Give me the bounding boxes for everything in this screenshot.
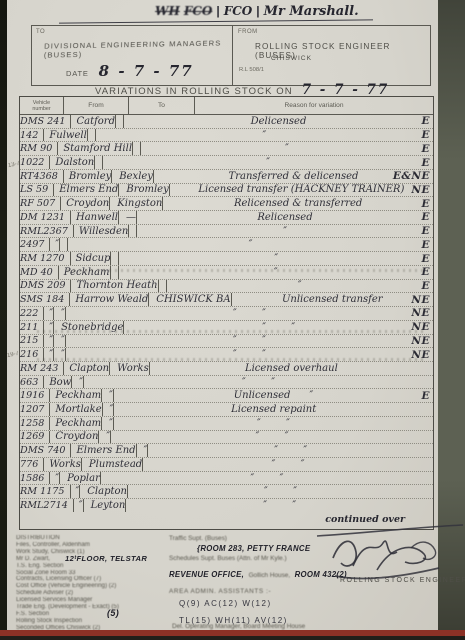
reason-text: ″ xyxy=(263,130,267,141)
from-garage: Bow xyxy=(44,376,72,389)
reason-cell: Licensed repaint xyxy=(114,403,433,416)
reason-cell: ″ E xyxy=(137,225,433,238)
to-garage: — xyxy=(119,211,137,224)
reason-cell: ″ E xyxy=(119,252,433,265)
reason-cell: Licensed transfer (HACKNEY TRAINER) NE xyxy=(170,184,433,197)
scan-edge-left xyxy=(0,0,7,640)
top-annotation: WH FCO | FCO | Mr Marshall. xyxy=(155,1,359,21)
vehicle-number: 1207 xyxy=(20,403,50,416)
vehicle-number: RF 507 xyxy=(20,197,61,210)
reason-text: ″ xyxy=(274,253,278,264)
from-garage: ″ xyxy=(50,472,60,485)
vehicle-number: MD 40 xyxy=(20,266,59,279)
from-garage: Willesden xyxy=(74,225,130,238)
vehicle-number: LS 59 xyxy=(20,184,54,197)
column-header-vehicle: Vehicle number xyxy=(20,97,64,114)
to-garage: ″ xyxy=(103,403,115,416)
vehicle-number: RM 1270 xyxy=(20,252,71,265)
table-row: 2497 ″ ″ E xyxy=(20,238,433,252)
footer-distribution-line: Schedule Adviser (2) xyxy=(16,590,166,597)
reason-cell: Licensed overhaul xyxy=(150,362,433,375)
reason-text: Relicensed & transferred xyxy=(234,198,362,209)
from-garage: ″ xyxy=(71,485,81,498)
variation-code: E xyxy=(421,143,430,155)
reason-cell: ″ ″ NE xyxy=(66,307,433,320)
annotation-name: Mr Marshall. xyxy=(264,4,359,19)
reason-text: ″ xyxy=(285,143,289,154)
variation-code: NE xyxy=(411,335,430,347)
from-garage: Catford xyxy=(71,115,116,128)
to-garage: Clapton xyxy=(80,485,128,498)
form-reference: R.L 508/1 xyxy=(239,67,264,73)
reason-cell: ″ ″ xyxy=(126,499,433,512)
vehicle-number: 1258 xyxy=(20,417,50,430)
footer-distribution-line: Social Zone Room 33 xyxy=(16,570,166,577)
table-row: 222 ″ ″ ″ ″ NE xyxy=(20,307,433,321)
to-garage: ″ xyxy=(72,376,84,389)
to-garage: ″ xyxy=(54,335,66,348)
revenue-office-printed: Gollich House, xyxy=(249,572,291,579)
vehicle-number: 1586 xyxy=(20,472,50,485)
handwritten-revenue-office: REVENUE OFFICE, xyxy=(169,570,244,579)
vehicle-number: DMS 740 xyxy=(20,444,71,457)
table-row: 1916 Peckham ″ Unlicensed ″ E xyxy=(20,389,433,403)
vehicle-number: 1269 xyxy=(20,431,50,444)
variation-code: E xyxy=(421,389,430,401)
from-garage: Mortlake xyxy=(50,403,102,416)
to-garage xyxy=(116,115,124,128)
variation-code: E xyxy=(421,129,430,141)
from-garage: ″ xyxy=(44,335,54,348)
reason-cell: ″ E xyxy=(141,142,433,155)
handwritten-room-283: {ROOM 283, PETTY FRANCE xyxy=(197,544,344,553)
vehicle-number: 142 xyxy=(20,129,44,142)
reason-text: ″ ″ xyxy=(272,459,305,470)
reason-text: Unlicensed transfer xyxy=(282,294,383,305)
footer-distribution-line: Rolling Stock Inspection xyxy=(16,618,166,625)
from-garage: Croydon xyxy=(61,197,110,210)
signature-scrawl xyxy=(325,528,445,590)
from-label: FROM xyxy=(238,29,258,35)
to-garage xyxy=(111,252,119,265)
reason-text: Delicensed xyxy=(251,116,307,127)
from-garage: Elmers End xyxy=(71,444,136,457)
variation-code: NE xyxy=(411,293,430,305)
from-garage: Croydon xyxy=(50,431,99,444)
reason-cell: Relicensed & transferred E xyxy=(163,197,433,210)
from-garage: Fulwell xyxy=(44,129,87,142)
schedules-supt-line: Schedules Supt. Buses (Attn. of Mr Kyle.… xyxy=(169,555,344,562)
table-rows: DMS 241 Catford Delicensed E 142 Fulwell… xyxy=(20,115,433,512)
table-row: RF 507 Croydon Kingston Relicensed & tra… xyxy=(20,197,433,211)
reason-cell: ″ E xyxy=(68,238,433,251)
variation-code: E xyxy=(421,115,430,127)
vehicle-number: 663 xyxy=(20,376,44,389)
table-row: RML2714 ″ Leyton ″ ″ xyxy=(20,499,433,512)
table-row: RM 90 Stamford Hill ″ E xyxy=(20,142,433,156)
reason-cell: ″ ″ NE xyxy=(66,335,433,348)
to-garage xyxy=(60,238,68,251)
table-row: 1207 Mortlake ″ Licensed repaint xyxy=(20,403,433,417)
from-garage: Thornton Heath xyxy=(71,280,158,293)
footer-bottom-line: Del. Operating Manager, Board Meeting Ho… xyxy=(172,623,305,630)
variation-code: E&NE xyxy=(393,170,430,182)
table-row: 215 ″ ″ ″ ″ NE xyxy=(20,335,433,349)
vehicle-number: 1022 xyxy=(20,156,50,169)
from-garage: Peckham xyxy=(59,266,111,279)
area-admin-title: AREA ADMIN. ASSISTANTS :- xyxy=(169,588,344,595)
reason-cell: Unlicensed transfer NE xyxy=(232,293,433,306)
table-row: DMS 241 Catford Delicensed E xyxy=(20,115,433,129)
variation-code: E xyxy=(421,225,430,237)
from-garage: Peckham xyxy=(50,389,102,402)
from-garage: Bromley xyxy=(64,170,112,183)
footer-distribution-line: Files, Controller, Aldenham xyxy=(16,542,166,549)
variation-code: E xyxy=(421,266,430,278)
reason-cell: ″ E xyxy=(119,266,433,279)
vehicle-number: 2497 xyxy=(20,238,50,251)
from-garage: Harrow Weald xyxy=(70,293,149,306)
variation-code: E xyxy=(421,197,430,209)
vehicle-number: RT4368 xyxy=(20,170,64,183)
table-row: LS 59 Elmers End Bromley Licensed transf… xyxy=(20,184,433,198)
variation-code: NE xyxy=(411,184,430,196)
scan-smudge xyxy=(37,358,427,361)
from-garage: Elmers End xyxy=(54,184,119,197)
from-garage: Clapton xyxy=(64,362,110,375)
scan-smudge xyxy=(67,269,427,272)
reason-cell: ″ ″ xyxy=(114,417,433,430)
reason-text: ″ ″ xyxy=(233,335,266,346)
from-garage: Peckham xyxy=(50,417,102,430)
reason-cell: ″ ″ xyxy=(111,431,433,444)
table-row: 776 Works Plumstead ″ ″ xyxy=(20,458,433,472)
to-garage: Poplar xyxy=(60,472,101,485)
from-garage: Works xyxy=(44,458,82,471)
reason-cell: ″ E xyxy=(96,129,433,142)
date-row: DATE 8 - 7 - 77 xyxy=(66,62,194,80)
handwritten-floor-note: 12ᵗFLOOR, TELSTAR xyxy=(65,554,147,563)
reason-cell: ″ E xyxy=(167,280,433,293)
from-garage: Hanwell xyxy=(71,211,119,224)
from-garage: ″ xyxy=(50,238,60,251)
to-garage: ″ xyxy=(54,307,66,320)
table-row: RML2367 Willesden ″ E xyxy=(20,225,433,239)
from-garage: Stamford Hill xyxy=(58,142,133,155)
table-row: DMS 740 Elmers End ″ ″ ″ xyxy=(20,444,433,458)
footer-distribution-line: DISTRIBUTION xyxy=(16,535,166,542)
table-header-row: Vehicle number From To Reason for variat… xyxy=(20,97,433,115)
vehicle-number: DMS 209 xyxy=(20,280,71,293)
reason-text: Unlicensed ″ xyxy=(234,390,313,401)
reason-text: ″ ″ xyxy=(250,473,283,484)
vehicle-number: 1916 xyxy=(20,389,50,402)
to-garage: ″ xyxy=(99,431,111,444)
to-garage xyxy=(95,156,103,169)
to-garage: Kingston xyxy=(110,197,163,210)
reason-cell: ″ E xyxy=(103,156,433,169)
variation-code: E xyxy=(421,156,430,168)
reason-text: ″ ″ xyxy=(263,500,296,511)
variation-code: E xyxy=(421,239,430,251)
to-garage xyxy=(159,280,167,293)
vehicle-number: RM 243 xyxy=(20,362,64,375)
to-garage: CHISWICK BA xyxy=(149,293,231,306)
to-garage xyxy=(88,129,96,142)
table-row: RT4368 Bromley Bexley Transferred & deli… xyxy=(20,170,433,184)
to-garage: Leyton xyxy=(84,499,127,512)
to-garage: Bromley xyxy=(119,184,169,197)
annotation-recipient: FCO xyxy=(224,4,253,18)
margin-note: 19-7 xyxy=(7,351,20,359)
footer-distribution-line: Cost Office (Vehicle Engineering) (2) xyxy=(16,583,166,590)
reason-text: Licensed transfer (HACKNEY TRAINER) xyxy=(198,184,404,195)
reason-text: Relicensed xyxy=(257,212,312,223)
vehicle-number: RM 1175 xyxy=(20,485,71,498)
reason-text: Licensed overhaul xyxy=(245,363,338,374)
table-bottom-row: continued over xyxy=(20,512,433,529)
table-row: DM 1231 Hanwell — Relicensed E xyxy=(20,211,433,225)
date-label: DATE xyxy=(66,69,89,78)
reason-cell: ″ ″ xyxy=(101,472,433,485)
vehicle-number: RML2714 xyxy=(20,499,74,512)
column-header-reason: Reason for variation xyxy=(195,97,433,114)
annotation-divider: | xyxy=(216,4,219,18)
reason-text: ″ ″ xyxy=(233,308,266,319)
table-row: SMS 184 Harrow Weald CHISWICK BA Unlicen… xyxy=(20,293,433,307)
footer-distribution-line: Licensed Services Manager xyxy=(16,597,166,604)
table-row: 663 Bow ″ ″ ″ xyxy=(20,376,433,390)
table-row: 1022 Dalston ″ E xyxy=(20,156,433,170)
to-garage: ″ xyxy=(102,417,114,430)
variation-code: NE xyxy=(411,307,430,319)
reason-text: ″ ″ xyxy=(256,431,289,442)
column-header-from: From xyxy=(64,97,129,114)
to-garage: ″ xyxy=(137,444,149,457)
vehicle-number: RML2367 xyxy=(20,225,74,238)
variations-table: Vehicle number From To Reason for variat… xyxy=(19,96,434,530)
from-garage: ″ xyxy=(44,307,54,320)
to-label: TO xyxy=(36,29,45,35)
table-row: 1586 ″ Poplar ″ ″ xyxy=(20,472,433,486)
addressee-stamp: DIVISIONAL ENGINEERING MANAGERS (BUSES) xyxy=(44,38,230,59)
vehicle-number: 215 xyxy=(20,335,44,348)
scanned-document-page: WH FCO | FCO | Mr Marshall. TO DIVISIONA… xyxy=(0,0,465,640)
reason-text: ″ ″ xyxy=(257,418,290,429)
vehicle-number: DM 1231 xyxy=(20,211,71,224)
table-row: DMS 209 Thornton Heath ″ E xyxy=(20,280,433,294)
footer-distribution-line: Trade Eng. (Development - Exact) (5) xyxy=(16,604,166,611)
handwritten-five: (5) xyxy=(107,608,119,618)
footer-distribution-line: T.S. Eng. Section xyxy=(16,563,166,570)
reason-text: ″ ″ xyxy=(264,486,297,497)
reason-text: ″ xyxy=(266,157,270,168)
reason-cell: Unlicensed ″ E xyxy=(114,389,433,402)
reason-text: Licensed repaint xyxy=(231,404,316,415)
reason-text: ″ xyxy=(249,239,253,250)
reason-cell: ″ ″ xyxy=(143,458,433,471)
reason-text: ″ xyxy=(283,226,287,237)
reason-cell: Delicensed E xyxy=(124,115,433,128)
table-row: RM 1175 ″ Clapton ″ ″ xyxy=(20,485,433,499)
reason-cell: ″ ″ xyxy=(128,485,433,498)
table-row: RM 243 Clapton Works Licensed overhaul xyxy=(20,362,433,376)
reason-text: ″ ″ xyxy=(274,445,307,456)
table-row: 142 Fulwell ″ E xyxy=(20,129,433,143)
vehicle-number: RM 90 xyxy=(20,142,58,155)
from-garage: Sidcup xyxy=(71,252,112,265)
crossed-initials: WH xyxy=(155,4,180,18)
to-garage: Bexley xyxy=(112,170,154,183)
to-garage xyxy=(129,225,137,238)
reason-cell: ″ ″ xyxy=(84,376,433,389)
sender-location: CHISWICK xyxy=(271,55,312,62)
footer-distribution-line: Contracts, Licensing Officer (7) xyxy=(16,576,166,583)
to-garage: ″ xyxy=(102,389,114,402)
to-garage: Works xyxy=(110,362,150,375)
annotation-divider-2: | xyxy=(256,4,259,18)
distribution-list: DISTRIBUTIONFiles, Controller, AldenhamW… xyxy=(16,535,166,639)
from-garage: ″ xyxy=(74,499,84,512)
area-codes-line: Q(9) AC(12) W(12) xyxy=(179,599,344,608)
table-row: 1258 Peckham ″ ″ ″ xyxy=(20,417,433,431)
from-garage: Dalston xyxy=(50,156,95,169)
variation-code: E xyxy=(421,280,430,292)
vehicle-number: DMS 241 xyxy=(20,115,71,128)
reason-text: ″ ″ xyxy=(242,377,275,388)
vehicle-header-line2: number xyxy=(32,106,50,112)
addressee-cell: TO DIVISIONAL ENGINEERING MANAGERS (BUSE… xyxy=(32,26,233,85)
to-garage: Plumstead xyxy=(82,458,143,471)
revenue-office-line: REVENUE OFFICE, Gollich House, ROOM 432(… xyxy=(169,564,344,582)
table-row: MD 40 Peckham ″ E xyxy=(20,266,433,280)
variation-code: E xyxy=(421,211,430,223)
variation-code: E xyxy=(421,252,430,264)
to-garage xyxy=(133,142,141,155)
reason-cell: Transferred & delicensed E&NE xyxy=(154,170,433,183)
table-row: 1269 Croydon ″ ″ ″ xyxy=(20,431,433,445)
reason-text: Transferred & delicensed xyxy=(229,171,359,182)
vehicle-number: 222 xyxy=(20,307,44,320)
vehicle-number: SMS 184 xyxy=(20,293,70,306)
scan-edge-bottom-dark xyxy=(0,636,465,640)
column-header-to: To xyxy=(129,97,195,114)
form-header-box: TO DIVISIONAL ENGINEERING MANAGERS (BUSE… xyxy=(31,25,431,86)
crossed-initials-2: FCO xyxy=(184,4,213,18)
reason-text: ″ xyxy=(298,280,302,291)
table-row: RM 1270 Sidcup ″ E xyxy=(20,252,433,266)
date-handwritten: 8 - 7 - 77 xyxy=(99,62,194,80)
reason-cell: ″ ″ xyxy=(148,444,433,457)
vehicle-number: 776 xyxy=(20,458,44,471)
to-garage xyxy=(111,266,119,279)
footer-distribution-line: F.S. Section xyxy=(16,611,166,618)
sender-cell: FROM ROLLING STOCK ENGINEER (BUSES) CHIS… xyxy=(233,26,430,85)
traffic-supt-line: Traffic Supt. (Buses) xyxy=(169,535,344,542)
paper-sheet: WH FCO | FCO | Mr Marshall. TO DIVISIONA… xyxy=(7,0,438,632)
reason-cell: Relicensed E xyxy=(137,211,433,224)
scan-smudge xyxy=(37,330,427,333)
